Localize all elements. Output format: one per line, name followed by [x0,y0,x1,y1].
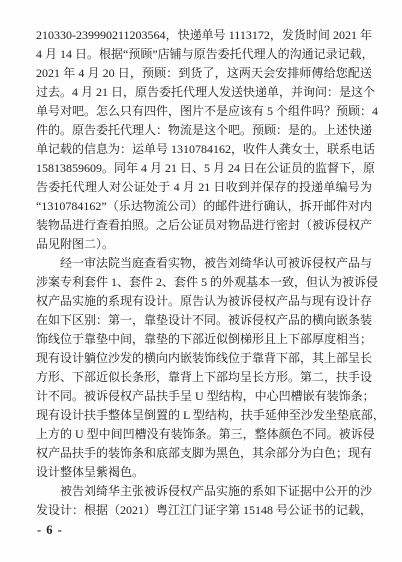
text-line: 装物品进行查看拍照。之后公证员对物品进行密封（被诉侵权产 [36,216,372,235]
body-text: 210330-239990211203564，快递单号 1113172，发货时间… [36,26,372,520]
text-line: 计不同。被诉侵权产品扶手呈 U 型结构，中心凹槽嵌有装饰条； [36,387,372,406]
document-page: 210330-239990211203564，快递单号 1113172，发货时间… [0,0,402,562]
text-line: 饰线位于靠垫中间，靠垫的下部近似倒梯形且上下部厚度相当； [36,330,372,349]
text-line: 现有设计扶手整体呈倒置的 L 型结构，扶手延伸至沙发坐垫底部， [36,406,372,425]
text-line: 单号对吧。怎么只有四件，图片不是应该有 5 个组件吗？预顾：4 [36,102,372,121]
text-line: 15813859609。同年 4 月 21 日、5 月 24 日在公证员的监督下… [36,159,372,178]
text-line: 权产品扶手的装饰条和底部支脚为黑色，其余部分为白色；现有 [36,444,372,463]
text-line-paragraph-start: 被告刘绮华主张被诉侵权产品实施的系如下证据中公开的沙 [36,482,372,501]
text-line: 方形、下部近似长条形，靠背上下部均呈长方形。第二，扶手设 [36,368,372,387]
text-line: 发设计：根据（2021）粤江江门证字第 15148 号公证书的记载， [36,501,372,520]
text-line-paragraph-start: 经一审法院当庭查看实物，被告刘绮华认可被诉侵权产品与 [36,254,372,273]
text-line-paragraph-end: 设计整体呈紫褐色。 [36,463,372,482]
page-number: - 6 - [37,521,63,540]
text-line: 在如下区别：第一，靠垫设计不同。被诉侵权产品的横向嵌条装 [36,311,372,330]
text-line: 单记载的信息为：运单号 1310784162，收件人龚女士，联系电话 [36,140,372,159]
text-line: 件的。原告委托代理人：物流是这个吧。预顾：是的。上述快递 [36,121,372,140]
text-line: 过去。4 月 21 日，原告委托代理人发送快递单，并询问：是这个 [36,83,372,102]
text-line: 4 月 14 日。根据“预顾”店铺与原告委托代理人的沟通记录记载， [36,45,372,64]
text-line: 涉案专利套件 1、套件 2、套件 5 的外观基本一致，但认为被诉侵 [36,273,372,292]
text-line-paragraph-end: 品见附图二）。 [36,235,372,254]
text-line: 告委托代理人对公证处于 4 月 21 日收到并保存的投递单编号为 [36,178,372,197]
text-line: “1310784162”（乐达物流公司）的邮件进行确认，拆开邮件对内 [36,197,372,216]
text-line: 权产品实施的系现有设计。原告认为被诉侵权产品与现有设计存 [36,292,372,311]
text-line: 210330-239990211203564，快递单号 1113172，发货时间… [36,26,372,45]
text-line: 现有设计躺位沙发的横向内嵌装饰线位于靠背下部，其上部呈长 [36,349,372,368]
text-line: 2021 年 4 月 20 日，预顾：到货了，这两天会安排师傅给您配送 [36,64,372,83]
text-line: 上方的 U 型中间凹槽没有装饰条。第三，整体颜色不同。被诉侵 [36,425,372,444]
